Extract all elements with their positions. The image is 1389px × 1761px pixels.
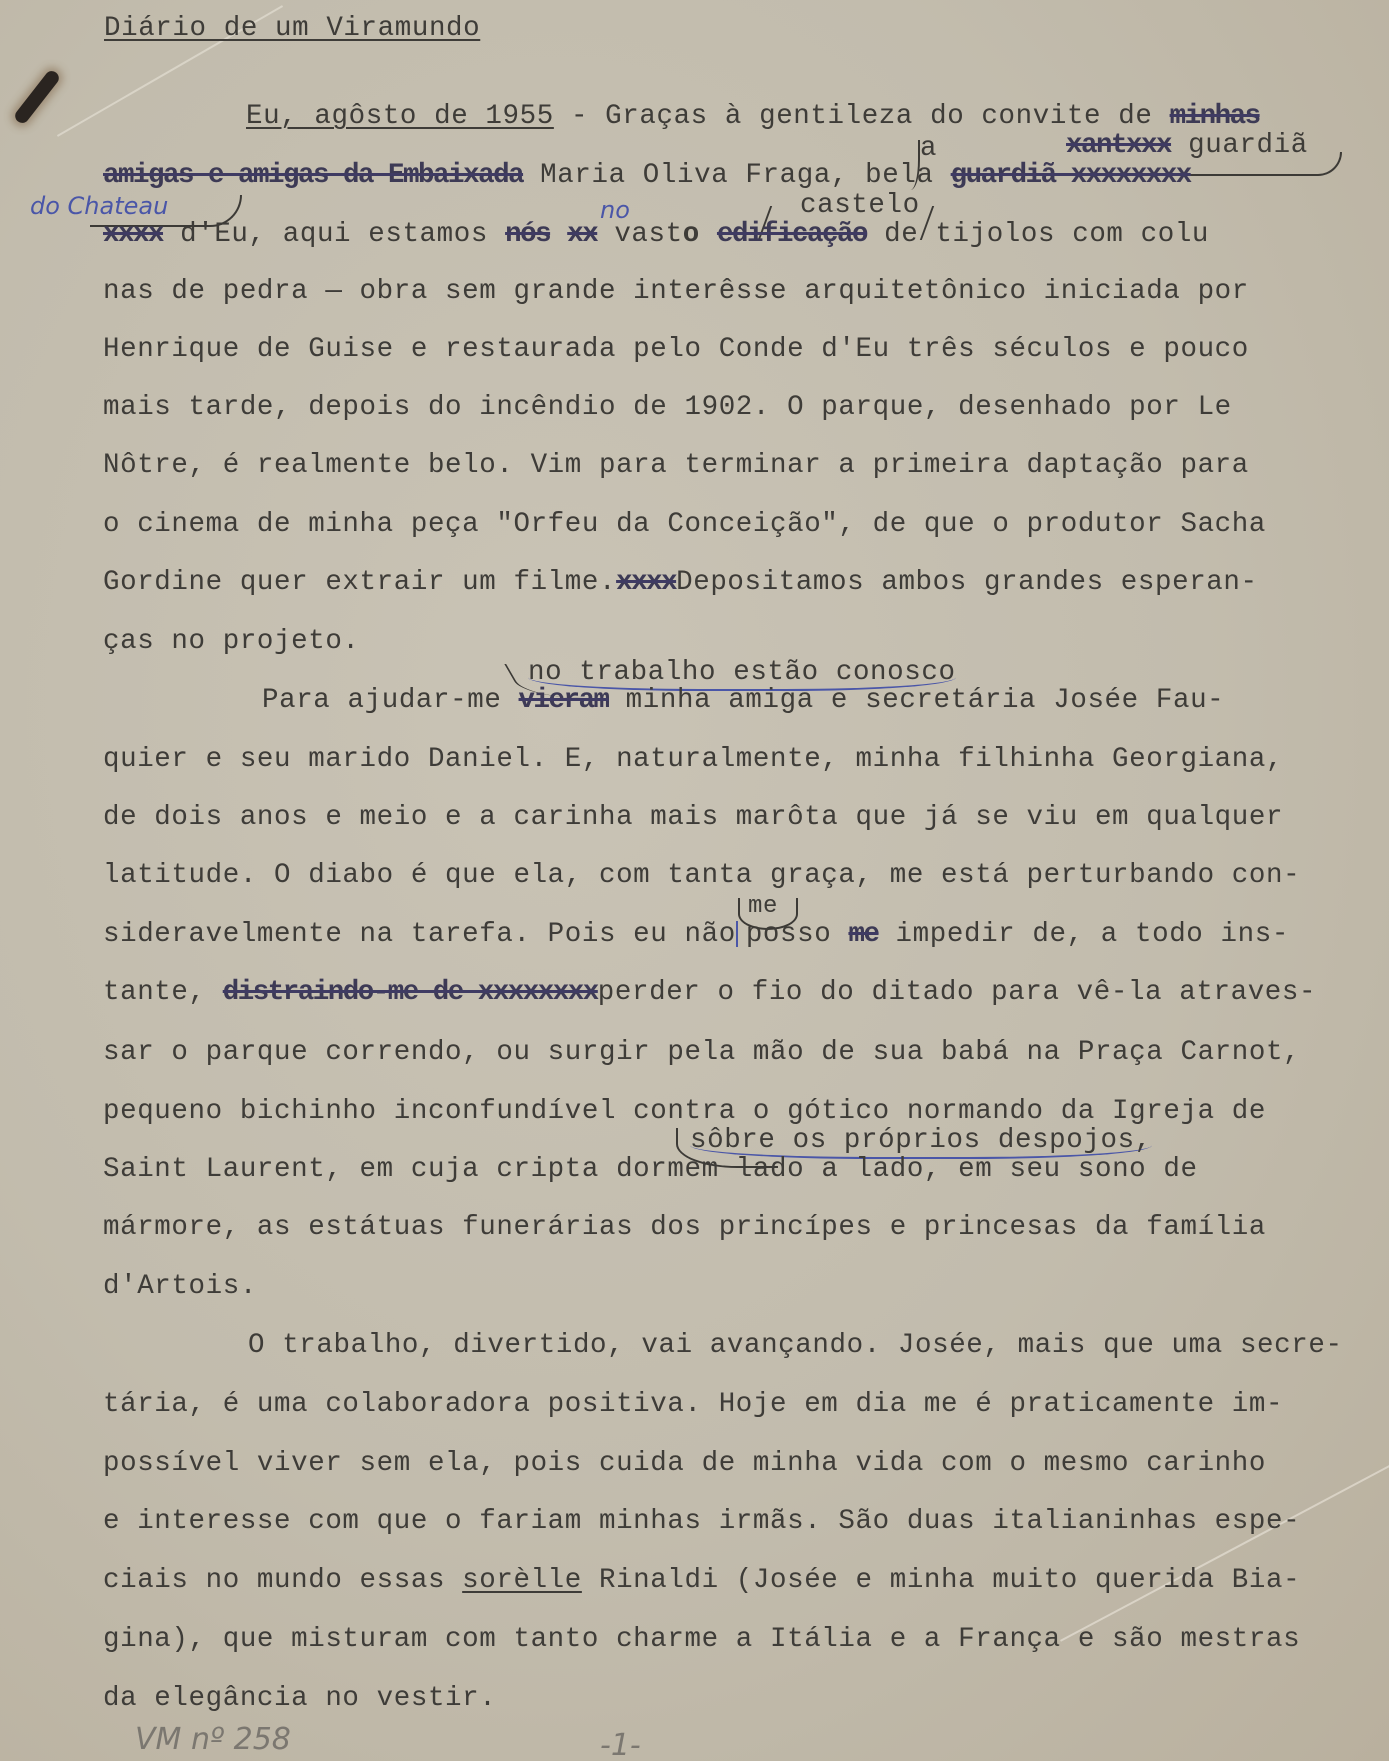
text-line-12: quier e seu marido Daniel. E, naturalmen… xyxy=(103,745,1283,775)
text-line-21: d'Artois. xyxy=(103,1272,257,1302)
struck-text: me xyxy=(848,919,878,950)
struck-text: vieram xyxy=(519,685,609,716)
text-line-15: sideravelmente na tarefa. Pois eu nãopos… xyxy=(103,920,1289,950)
struck-text: minhas xyxy=(1170,101,1260,132)
text-line-10: ças no projeto. xyxy=(103,627,360,657)
text-line-4: nas de pedra — obra sem grande interêsse… xyxy=(103,277,1249,307)
text-line-5: Henrique de Guise e restaurada pelo Cond… xyxy=(103,335,1249,365)
text-line-11: Para ajudar-me vieram minha amiga e secr… xyxy=(262,686,1224,716)
text-line-7: Nôtre, é realmente belo. Vim para termin… xyxy=(103,451,1249,481)
underlined-word: sorèlle xyxy=(462,1565,582,1596)
dateline: Eu, agôsto de 1955 xyxy=(246,101,554,132)
text-line-2: amigas e amigas da Embaixada Maria Oliva… xyxy=(103,161,1191,191)
text-line-8: o cinema de minha peça "Orfeu da Conceiç… xyxy=(103,510,1266,540)
page-number: -1- xyxy=(600,1728,641,1761)
struck-text: distraindo-me de xxxxxxxx xyxy=(223,977,598,1008)
text-line-6: mais tarde, depois do incêndio de 1902. … xyxy=(103,393,1232,423)
text-line-27: gina), que misturam com tanto charme a I… xyxy=(103,1625,1300,1655)
text-line-28: da elegância no vestir. xyxy=(103,1684,496,1714)
text-line-23: tária, é uma colaboradora positiva. Hoje… xyxy=(103,1390,1283,1420)
text-line-9: Gordine quer extrair um filme.xxxxDeposi… xyxy=(103,568,1258,598)
text-line-17: sar o parque correndo, ou surgir pela mã… xyxy=(103,1038,1300,1068)
text-line-14: latitude. O diabo é que ela, com tanta g… xyxy=(103,861,1300,891)
struck-text: amigas e amigas da Embaixada xyxy=(103,160,523,191)
struck-text: xxxx xyxy=(103,219,163,250)
text-line-20: mármore, as estátuas funerárias dos prin… xyxy=(103,1213,1266,1243)
struck-text: guardiã xxxxxxxx xyxy=(951,160,1191,191)
text-line-22: O trabalho, divertido, vai avançando. Jo… xyxy=(248,1331,1343,1361)
struck-text: xxxx xyxy=(616,567,676,598)
text-line-3: xxxx d'Eu, aqui estamos nós xx vasto edi… xyxy=(103,220,1209,250)
text-line-25: e interesse com que o fariam minhas irmã… xyxy=(103,1507,1300,1537)
document-title: Diário de um Viramundo xyxy=(104,14,480,44)
text-line-16: tante, distraindo-me de xxxxxxxxperder o… xyxy=(103,978,1316,1008)
text-line-26: ciais no mundo essas sorèlle Rinaldi (Jo… xyxy=(103,1566,1300,1596)
text-line-19: Saint Laurent, em cuja cripta dormem lad… xyxy=(103,1155,1198,1185)
text-line-24: possível viver sem ela, pois cuida de mi… xyxy=(103,1449,1266,1479)
archive-mark: VM nº 258 xyxy=(135,1722,291,1757)
text-line-13: de dois anos e meio e a carinha mais mar… xyxy=(103,803,1283,833)
text-line-1: Eu, agôsto de 1955 - Graças à gentileza … xyxy=(246,102,1260,132)
text-line-18: pequeno bichinho inconfundível contra o … xyxy=(103,1097,1266,1127)
ink-stain-mark xyxy=(12,68,61,125)
struck-text: edificação xyxy=(717,219,867,250)
